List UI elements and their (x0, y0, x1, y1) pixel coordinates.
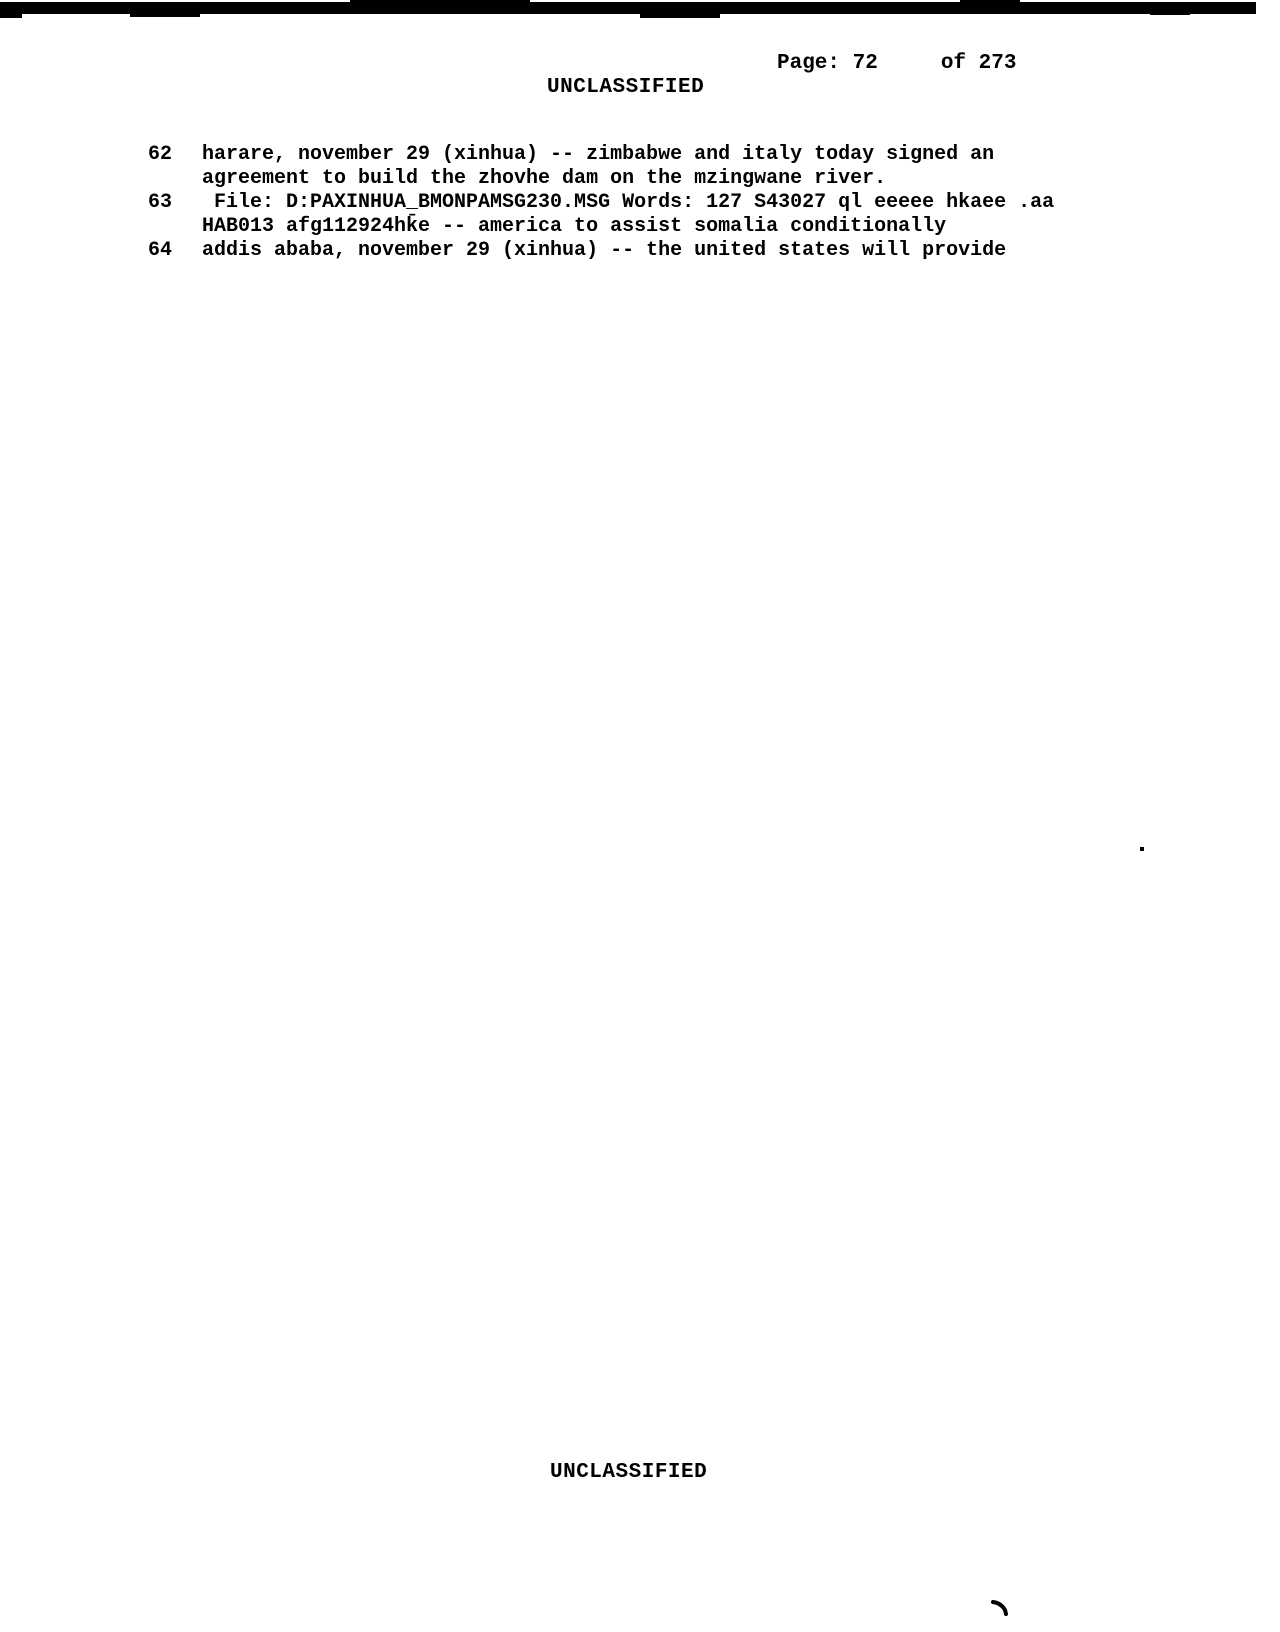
document-line: 64 addis ababa, november 29 (xinhua) -- … (148, 239, 1054, 263)
document-line: 63 File: D:PAXINHUA_BMONPAMSG230.MSG Wor… (148, 191, 1054, 215)
line-text: HAB013 afg112924hk̄e -- america to assis… (202, 215, 946, 239)
line-number (148, 167, 202, 191)
line-number (148, 215, 202, 239)
scanned-document-page: Page: 72 of 273 UNCLASSIFIED 62 harare, … (0, 0, 1280, 1632)
scan-noise (0, 13, 22, 18)
line-number: 63 (148, 191, 202, 215)
scan-noise (960, 0, 1020, 2)
scan-noise (640, 14, 720, 18)
page-indicator: Page: 72 of 273 (777, 52, 1016, 75)
line-text: agreement to build the zhovhe dam on the… (202, 167, 886, 191)
scan-artifact-bar (0, 2, 1256, 14)
line-text: File: D:PAXINHUA_BMONPAMSG230.MSG Words:… (202, 191, 1054, 215)
line-number: 62 (148, 143, 202, 167)
line-text: addis ababa, november 29 (xinhua) -- the… (202, 239, 1006, 263)
classification-footer: UNCLASSIFIED (550, 1461, 707, 1484)
line-number: 64 (148, 239, 202, 263)
document-line: agreement to build the zhovhe dam on the… (148, 167, 1054, 191)
line-text: harare, november 29 (xinhua) -- zimbabwe… (202, 143, 994, 167)
document-line: HAB013 afg112924hk̄e -- america to assis… (148, 215, 1054, 239)
ink-speck (1140, 847, 1144, 851)
scan-noise (1150, 13, 1190, 15)
scan-noise (130, 14, 200, 17)
classification-header: UNCLASSIFIED (547, 76, 704, 99)
pen-mark (990, 1598, 1012, 1620)
scan-noise (350, 0, 530, 3)
document-body: 62 harare, november 29 (xinhua) -- zimba… (148, 143, 1054, 263)
document-line: 62 harare, november 29 (xinhua) -- zimba… (148, 143, 1054, 167)
